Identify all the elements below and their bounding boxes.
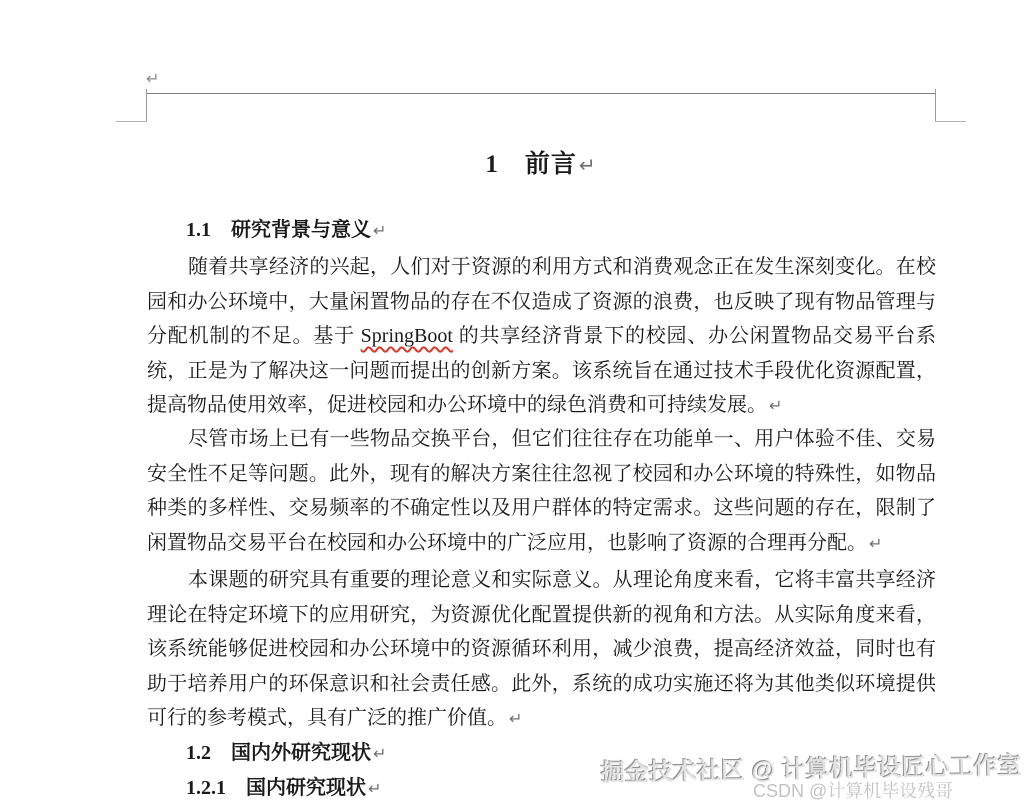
header-paragraph-return-icon: ↵ — [146, 71, 159, 87]
body-paragraph-2: 尽管市场上已有一些物品交换平台，但它们往往存在功能单一、用户体验不佳、交易安全性… — [147, 422, 936, 561]
paragraph-return-icon: ↵ — [371, 221, 386, 240]
body-paragraph-3: 本课题的研究具有重要的理论意义和实际意义。从理论角度来看，它将丰富共享经济理论在… — [147, 563, 936, 737]
section-heading-1-2-1-text: 1.2.1 国内研究现状 — [186, 777, 366, 799]
spellcheck-underlined-word: SpringBoot — [361, 325, 453, 347]
section-heading-1-2-text: 1.2 国内外研究现状 — [186, 742, 371, 764]
chapter-title-text: 1 前言 — [485, 151, 577, 178]
paragraph-return-icon: ↵ — [366, 779, 381, 798]
section-heading-1-1-text: 1.1 研究背景与意义 — [186, 219, 371, 241]
body-paragraph-1: 随着共享经济的兴起，人们对于资源的利用方式和消费观念正在发生深刻变化。在校园和办… — [147, 250, 936, 424]
document-page: ↵ 1 前言↵ 1.1 研究背景与意义↵ 随着共享经济的兴起，人们对于资源的利用… — [0, 0, 1030, 804]
section-heading-1-1: 1.1 研究背景与意义↵ — [186, 218, 386, 243]
section-heading-1-2: 1.2 国内外研究现状↵ — [186, 741, 386, 766]
section-heading-1-2-1: 1.2.1 国内研究现状↵ — [186, 776, 381, 801]
paragraph-3-text: 本课题的研究具有重要的理论意义和实际意义。从理论角度来看，它将丰富共享经济理论在… — [147, 569, 936, 729]
margin-crop-mark-right-vertical — [935, 89, 936, 122]
paragraph-return-icon: ↵ — [371, 744, 386, 763]
margin-crop-mark-left-vertical — [146, 89, 147, 122]
chapter-title: 1 前言↵ — [147, 150, 935, 180]
paragraph-return-icon: ↵ — [767, 396, 782, 415]
paragraph-return-icon: ↵ — [507, 709, 522, 728]
paragraph-2-text: 尽管市场上已有一些物品交换平台，但它们往往存在功能单一、用户体验不佳、交易安全性… — [147, 428, 936, 554]
header-boundary-line — [147, 93, 935, 94]
margin-crop-mark-right-horizontal — [935, 121, 966, 122]
paragraph-return-icon: ↵ — [867, 534, 882, 553]
watermark-secondary: CSDN @计算机毕设残哥 — [753, 777, 953, 803]
paragraph-return-icon: ↵ — [577, 153, 597, 177]
margin-crop-mark-left-horizontal — [116, 121, 147, 122]
